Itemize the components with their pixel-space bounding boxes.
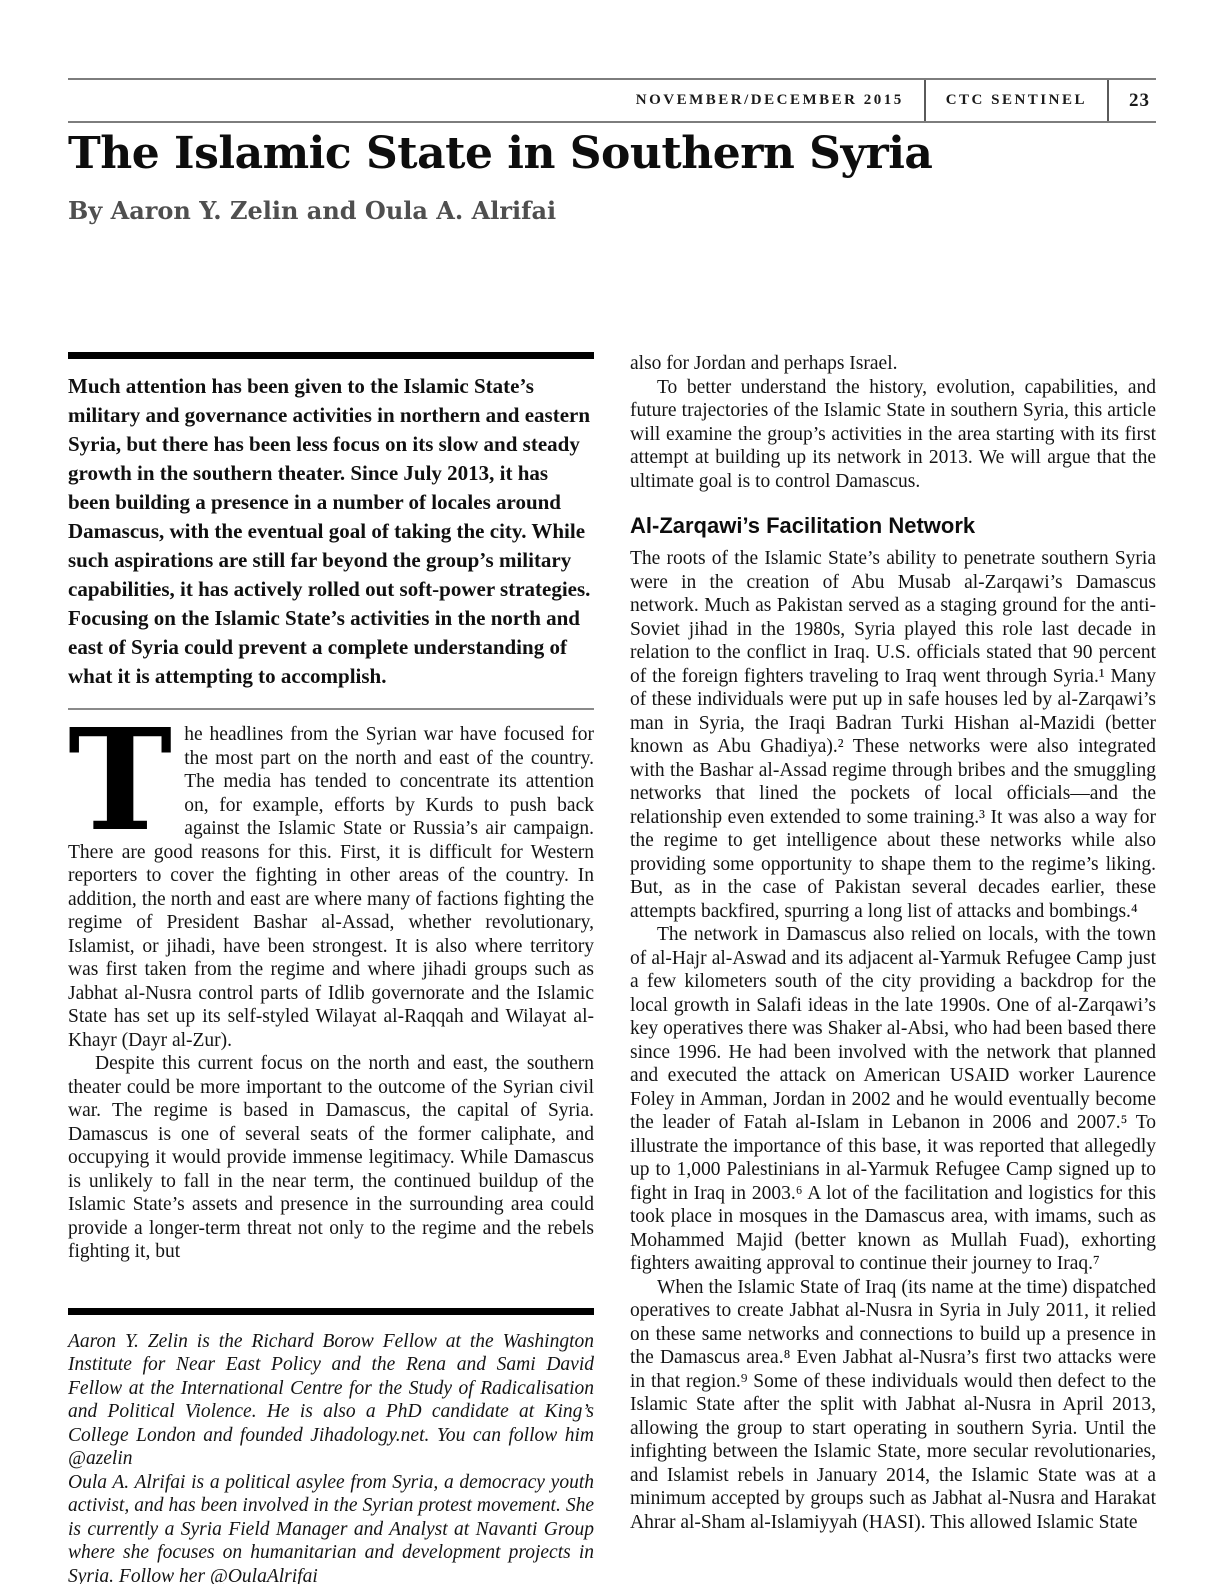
paragraph-zarqawi-roots: The roots of the Islamic State’s ability…: [630, 547, 1156, 923]
bio-oula-alrifai: Oula A. Alrifai is a political asylee fr…: [68, 1471, 594, 1584]
left-column: Much attention has been given to the Isl…: [68, 352, 594, 1584]
author-bio: Aaron Y. Zelin is the Richard Borow Fell…: [68, 1308, 594, 1584]
article-body: Much attention has been given to the Isl…: [68, 352, 1156, 1584]
opening-paragraph: The headlines from the Syrian war have f…: [68, 723, 594, 1052]
publication-name: CTC SENTINEL: [926, 92, 1107, 109]
article-page: NOVEMBER/DECEMBER 2015 CTC SENTINEL 23 T…: [0, 0, 1224, 1584]
abstract-top-rule: [68, 352, 594, 359]
drop-cap: T: [68, 727, 172, 835]
paragraph-better-understand: To better understand the history, evolut…: [630, 376, 1156, 494]
paragraph-islamic-state-iraq: When the Islamic State of Iraq (its name…: [630, 1276, 1156, 1535]
abstract-block: Much attention has been given to the Isl…: [68, 352, 594, 710]
paragraph-southern-theater: Despite this current focus on the north …: [68, 1052, 594, 1264]
article-byline: By Aaron Y. Zelin and Oula A. Alrifai: [68, 196, 556, 225]
page-number: 23: [1109, 90, 1156, 112]
bio-top-rule: [68, 1308, 594, 1315]
bio-aaron-zelin: Aaron Y. Zelin is the Richard Borow Fell…: [68, 1330, 594, 1471]
article-title: The Islamic State in Southern Syria: [68, 128, 932, 179]
continuation-paragraph: also for Jordan and perhaps Israel.: [630, 352, 1156, 376]
page-header: NOVEMBER/DECEMBER 2015 CTC SENTINEL 23: [68, 78, 1156, 123]
section-heading-facilitation-network: Al-Zarqawi’s Facilitation Network: [630, 513, 1156, 539]
issue-date: NOVEMBER/DECEMBER 2015: [616, 92, 924, 109]
right-column: also for Jordan and perhaps Israel. To b…: [630, 352, 1156, 1584]
paragraph-damascus-network: The network in Damascus also relied on l…: [630, 923, 1156, 1276]
abstract-text: Much attention has been given to the Isl…: [68, 372, 594, 691]
